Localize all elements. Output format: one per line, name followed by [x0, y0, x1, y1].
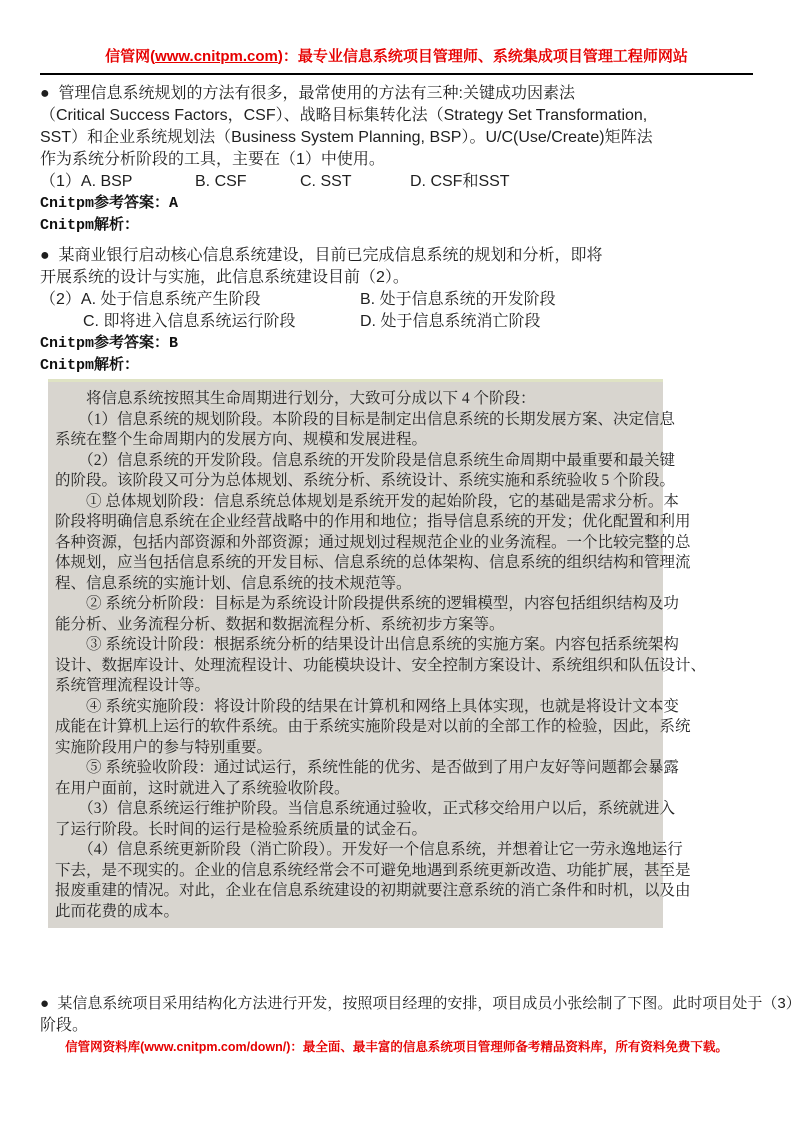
- option-c: C. 即将进入信息系统运行阶段: [83, 311, 360, 333]
- scan-text-line: ⑤ 系统验收阶段：通过试运行，系统性能的优劣、是否做到了用户友好等问题都会暴露: [55, 758, 655, 779]
- question-1-text: ● 管理信息系统规划的方法有很多，最常使用的方法有三种:关键成功因素法（Crit…: [40, 83, 753, 171]
- scan-text-line: 此而花费的成本。: [55, 902, 655, 923]
- scan-text-line: ② 系统分析阶段：目标是为系统设计阶段提供系统的逻辑模型，内容包括组织结构及功: [55, 594, 655, 615]
- scan-text-line: 设计、数据库设计、处理流程设计、功能模块设计、安全控制方案设计、系统组织和队伍设…: [55, 656, 655, 677]
- scan-text-line: （3）信息系统运行维护阶段。当信息系统通过验收，正式移交给用户以后，系统就进入: [55, 799, 655, 820]
- reference-answer: Cnitpm参考答案：B: [40, 333, 753, 355]
- scan-text-line: 报废重建的情况。对此，企业在信息系统建设的初期就要注意系统的消亡条件和时机，以及…: [55, 881, 655, 902]
- question-2-options-row-1: （2）A. 处于信息系统产生阶段B. 处于信息系统的开发阶段: [40, 289, 753, 311]
- document-page: 信管网(www.cnitpm.com)：最专业信息系统项目管理师、系统集成项目管…: [0, 0, 793, 1122]
- scan-text-line: （4）信息系统更新阶段（消亡阶段）。开发好一个信息系统，并想着让它一劳永逸地运行: [55, 840, 655, 861]
- question-3-text: ● 某信息系统项目采用结构化方法进行开发，按照项目经理的安排，项目成员小张绘制了…: [40, 993, 753, 1037]
- header-suffix: )：最专业信息系统项目管理师、系统集成项目管理工程师网站: [278, 48, 688, 65]
- header-prefix: 信管网(: [105, 48, 155, 65]
- question-3: ● 某信息系统项目采用结构化方法进行开发，按照项目经理的安排，项目成员小张绘制了…: [40, 993, 753, 1037]
- scan-text-line: （1）信息系统的规划阶段。本阶段的目标是制定出信息系统的长期发展方案、决定信息: [55, 410, 655, 431]
- question-1: ● 管理信息系统规划的方法有很多，最常使用的方法有三种:关键成功因素法（Crit…: [40, 83, 753, 237]
- site-header: 信管网(www.cnitpm.com)：最专业信息系统项目管理师、系统集成项目管…: [40, 46, 753, 68]
- question-text-line: ● 管理信息系统规划的方法有很多，最常使用的方法有三种:关键成功因素法: [40, 83, 753, 105]
- header-divider: [40, 73, 753, 75]
- option-a: （2）A. 处于信息系统产生阶段: [40, 289, 360, 311]
- question-1-options: （1）A. BSPB. CSFC. SSTD. CSF和SST: [40, 171, 753, 193]
- site-link[interactable]: www.cnitpm.com: [155, 48, 278, 65]
- scan-text-line: ④ 系统实施阶段：将设计阶段的结果在计算机和网络上具体实现，也就是将设计文本变: [55, 697, 655, 718]
- question-text-line: 作为系统分析阶段的工具，主要在（1）中使用。: [40, 149, 753, 171]
- scan-text-line: 系统管理流程设计等。: [55, 676, 655, 697]
- question-text-line: 阶段。: [40, 1015, 753, 1037]
- scan-text-line: 体规划，应当包括信息系统的开发目标、信息系统的总体架构、信息系统的组织结构和管理…: [55, 553, 655, 574]
- question-text-line: ● 某信息系统项目采用结构化方法进行开发，按照项目经理的安排，项目成员小张绘制了…: [40, 993, 753, 1015]
- question-text-line: （Critical Success Factors，CSF）、战略目标集转化法（…: [40, 105, 753, 127]
- footer-suffix: )：最全面、最丰富的信息系统项目管理师备考精品资料库，所有资料免费下载。: [286, 1040, 728, 1054]
- scan-text-line: 能分析、业务流程分析、数据和数据流程分析、系统初步方案等。: [55, 615, 655, 636]
- scan-text-line: 下去，是不现实的。企业的信息系统经常会不可避免地遇到系统更新改造、功能扩展，甚至…: [55, 861, 655, 882]
- reference-answer: Cnitpm参考答案：A: [40, 193, 753, 215]
- analysis-scan-image: 将信息系统按照其生命周期进行划分，大致可分成以下 4 个阶段： （1）信息系统的…: [48, 379, 663, 928]
- option-b: B. CSF: [195, 171, 300, 193]
- question-text-line: SST）和企业系统规划法（Business System Planning, B…: [40, 127, 753, 149]
- scan-text-line: 在用户面前，这时就进入了系统验收阶段。: [55, 779, 655, 800]
- scan-text-line: 成能在计算机上运行的软件系统。由于系统实施阶段是对以前的全部工作的检验，因此，系…: [55, 717, 655, 738]
- footer-prefix: 信管网资料库(: [65, 1040, 144, 1054]
- scan-text-line: 的阶段。该阶段又可分为总体规划、系统分析、系统设计、系统实施和系统验收 5 个阶…: [55, 471, 655, 492]
- scan-text-line: 阶段将明确信息系统在企业经营战略中的作用和地位；指导信息系统的开发；优化配置和利…: [55, 512, 655, 533]
- question-2-text: ● 某商业银行启动核心信息系统建设，目前已完成信息系统的规划和分析，即将开展系统…: [40, 245, 753, 289]
- scan-text-line: 系统在整个生命周期内的发展方向、规模和发展进程。: [55, 430, 655, 451]
- scan-text-line: 实施阶段用户的参与特别重要。: [55, 738, 655, 759]
- option-a: （1）A. BSP: [40, 171, 195, 193]
- scan-text-line: （2）信息系统的开发阶段。信息系统的开发阶段是信息系统生命周期中最重要和最关键: [55, 451, 655, 472]
- option-d: D. CSF和SST: [410, 171, 510, 193]
- analysis-label: Cnitpm解析：: [40, 215, 753, 237]
- site-footer: 信管网资料库(www.cnitpm.com/down/)：最全面、最丰富的信息系…: [40, 1039, 753, 1055]
- scan-text-line: ① 总体规划阶段：信息系统总体规划是系统开发的起始阶段，它的基础是需求分析。本: [55, 492, 655, 513]
- analysis-label: Cnitpm解析：: [40, 355, 753, 377]
- download-link[interactable]: www.cnitpm.com/down/: [144, 1040, 286, 1054]
- option-d: D. 处于信息系统消亡阶段: [360, 311, 540, 333]
- scan-text-line: 了运行阶段。长时间的运行是检验系统质量的试金石。: [55, 820, 655, 841]
- scan-text-line: 程、信息系统的实施计划、信息系统的技术规范等。: [55, 574, 655, 595]
- option-c: C. SST: [300, 171, 410, 193]
- question-text-line: ● 某商业银行启动核心信息系统建设，目前已完成信息系统的规划和分析，即将: [40, 245, 753, 267]
- scan-text-line: ③ 系统设计阶段：根据系统分析的结果设计出信息系统的实施方案。内容包括系统架构: [55, 635, 655, 656]
- question-2: ● 某商业银行启动核心信息系统建设，目前已完成信息系统的规划和分析，即将开展系统…: [40, 245, 753, 377]
- scan-text-line: 将信息系统按照其生命周期进行划分，大致可分成以下 4 个阶段：: [55, 389, 655, 410]
- question-2-options-row-2: C. 即将进入信息系统运行阶段D. 处于信息系统消亡阶段: [40, 311, 753, 333]
- option-b: B. 处于信息系统的开发阶段: [360, 289, 556, 311]
- question-text-line: 开展系统的设计与实施，此信息系统建设目前（2）。: [40, 267, 753, 289]
- scan-text-line: 各种资源，包括内部资源和外部资源；通过规划过程规范企业的业务流程。一个比较完整的…: [55, 533, 655, 554]
